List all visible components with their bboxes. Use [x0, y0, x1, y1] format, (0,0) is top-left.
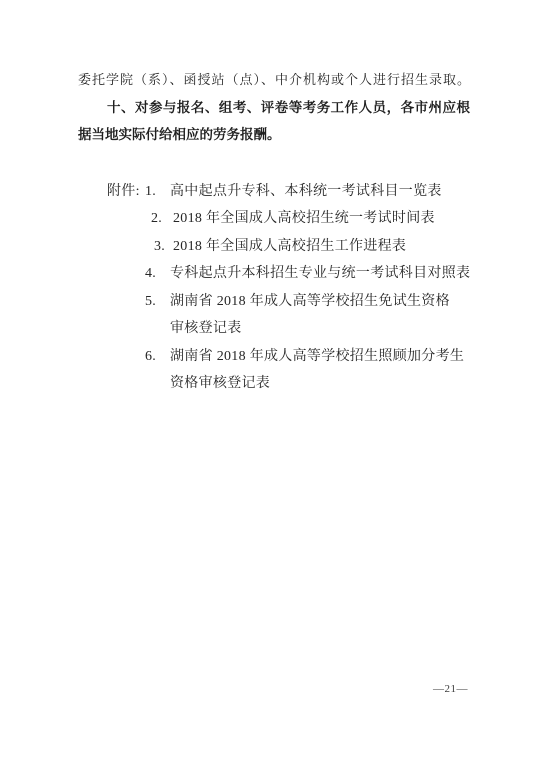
attachment-item-3: 3. 2018 年全国成人高校招生工作进程表 [78, 233, 470, 261]
attachments-list: 附件: 1. 高中起点升专科、本科统一考试科目一览表 2. 2018 年全国成人… [78, 178, 470, 398]
attachment-item-1-text: 高中起点升专科、本科统一考试科目一览表 [170, 178, 442, 206]
attachment-item-1-number: 1. [145, 178, 170, 206]
attachment-item-5-continuation: 审核登记表 [78, 315, 470, 343]
attachment-item-3-text: 2018 年全国成人高校招生工作进程表 [173, 233, 406, 261]
attachments-label: 附件: [107, 178, 145, 206]
section-10-heading: 十、对参与报名、组考、评卷等考务工作人员，各市州应根 据当地实际付给相应的劳务报… [78, 94, 470, 149]
attachment-item-6-text: 湖南省 2018 年成人高等学校招生照顾加分考生 [170, 343, 464, 371]
attachment-item-1: 附件: 1. 高中起点升专科、本科统一考试科目一览表 [78, 178, 470, 206]
attachment-item-5-number: 5. [145, 288, 170, 316]
section-10-heading-line-2: 据当地实际付给相应的劳务报酬。 [78, 121, 470, 149]
attachment-item-6-text-line-2: 资格审核登记表 [170, 370, 270, 398]
attachment-item-2-text: 2018 年全国成人高校招生统一考试时间表 [173, 205, 435, 233]
attachment-item-4: 4. 专科起点升本科招生专业与统一考试科目对照表 [78, 260, 470, 288]
document-page: 委托学院（系）、函授站（点）、中介机构或个人进行招生录取。 十、对参与报名、组考… [0, 0, 538, 758]
attachment-item-3-number: 3. [154, 233, 173, 261]
attachment-item-4-number: 4. [145, 260, 170, 288]
attachment-item-5-text-line-2: 审核登记表 [170, 315, 242, 343]
attachment-item-6-continuation: 资格审核登记表 [78, 370, 470, 398]
attachment-item-2: 2. 2018 年全国成人高校招生统一考试时间表 [78, 205, 470, 233]
attachment-item-6: 6. 湖南省 2018 年成人高等学校招生照顾加分考生 [78, 343, 470, 371]
paragraph-continuation: 委托学院（系）、函授站（点）、中介机构或个人进行招生录取。 [78, 66, 470, 94]
attachment-item-4-text: 专科起点升本科招生专业与统一考试科目对照表 [170, 260, 470, 288]
attachment-item-6-number: 6. [145, 343, 170, 371]
attachment-item-2-number: 2. [151, 205, 173, 233]
page-number: —21— [433, 682, 468, 696]
attachment-item-5: 5. 湖南省 2018 年成人高等学校招生免试生资格 [78, 288, 470, 316]
section-10-heading-line-1: 十、对参与报名、组考、评卷等考务工作人员，各市州应根 [78, 94, 470, 122]
document-content: 委托学院（系）、函授站（点）、中介机构或个人进行招生录取。 十、对参与报名、组考… [78, 66, 470, 398]
attachment-item-5-text: 湖南省 2018 年成人高等学校招生免试生资格 [170, 288, 450, 316]
